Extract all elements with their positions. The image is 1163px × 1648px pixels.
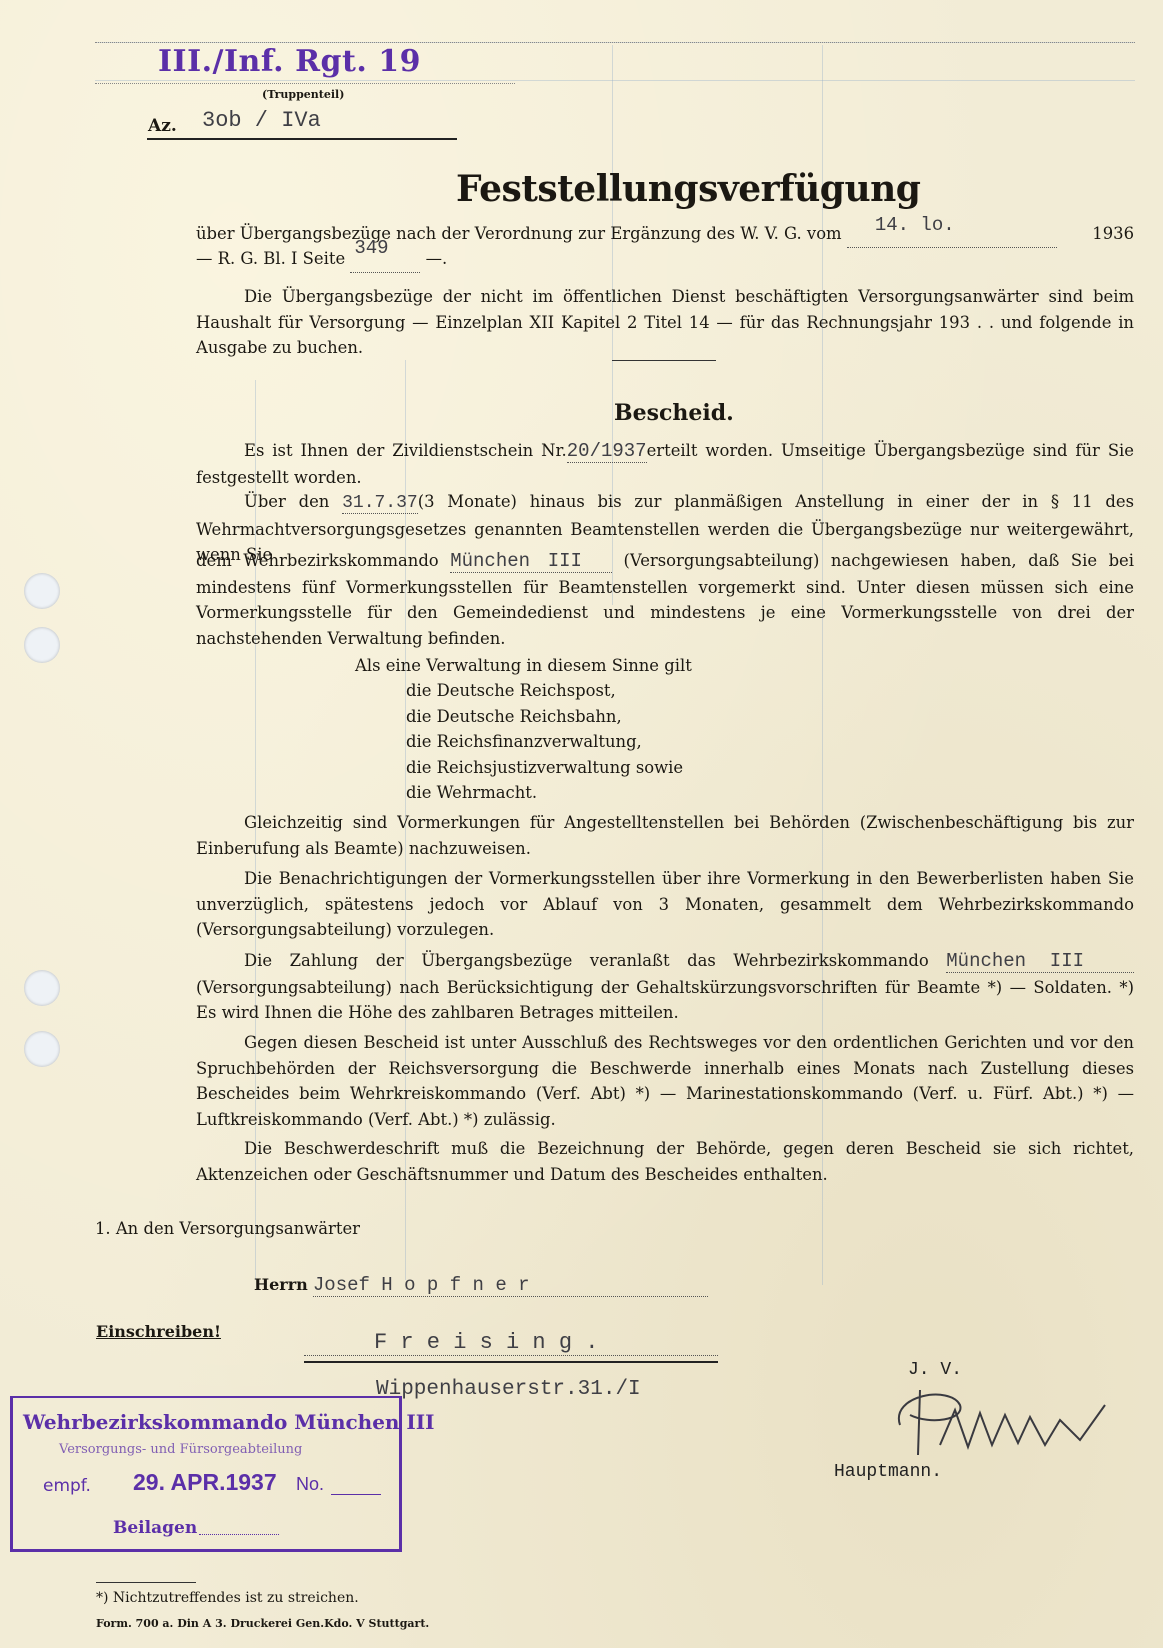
- bescheid-paragraph-1: Es ist Ihnen der Zivildienstschein Nr.20…: [196, 438, 1134, 490]
- handwritten-signature: [880, 1385, 1120, 1460]
- bescheid-paragraph-5: Die Benachrichtigungen der Vormerkungsst…: [196, 866, 1134, 943]
- stamp-number-field: [331, 1494, 381, 1495]
- punch-hole-4: [24, 1031, 60, 1067]
- footnote: *) Nichtzutreffendes ist zu streichen.: [96, 1590, 359, 1606]
- intro-line-1: über Übergangsbezüge nach der Verordnung…: [196, 221, 1134, 248]
- stamp-received-date: 29. APR.1937: [133, 1469, 277, 1496]
- recipient-name-line: Herrn Josef H o p f n e r: [254, 1274, 714, 1297]
- recipient-street: Wippenhauserstr.31./I: [376, 1378, 641, 1401]
- paying-office-value: München III: [946, 950, 1134, 973]
- intro-line-2: — R. G. Bl. I Seite 349 —.: [196, 246, 447, 273]
- stamp-attachments-field: [199, 1534, 279, 1535]
- salutation: Herrn: [254, 1275, 308, 1294]
- unit-rule: [95, 83, 515, 84]
- p1-text: Es ist Ihnen der Zivildienstschein Nr.: [244, 441, 567, 460]
- show-through-line: [95, 80, 1135, 81]
- az-value: 3ob / IVa: [202, 108, 321, 133]
- bescheid-paragraph-6: Die Zahlung der Übergangsbezüge veranlaß…: [196, 948, 1134, 1026]
- on-behalf-label: J. V.: [908, 1360, 962, 1380]
- bescheid-paragraph-4: Gleichzeitig sind Vormerkungen für Anges…: [196, 810, 1134, 861]
- district-command-value: München III: [450, 550, 612, 573]
- administration-list: die Deutsche Reichspost, die Deutsche Re…: [406, 678, 683, 806]
- az-label: Az.: [148, 116, 177, 136]
- stamp-department: Versorgungs- und Fürsorgeabteilung: [59, 1442, 302, 1457]
- signatory-rank: Hauptmann.: [834, 1462, 942, 1482]
- p6-text: Die Zahlung der Übergangsbezüge veranlaß…: [244, 951, 929, 970]
- gazette-ref: — R. G. Bl. I Seite: [196, 249, 345, 268]
- p2-text: Über den: [244, 492, 329, 511]
- bescheid-paragraph-8: Die Beschwerdeschrift muß die Bezeichnun…: [196, 1136, 1134, 1187]
- p6-rest: (Versorgungsabteilung) nach Berücksichti…: [196, 978, 1134, 1023]
- punch-hole-1: [24, 573, 60, 609]
- gazette-suffix: —.: [426, 249, 448, 268]
- header-rule-top: [95, 42, 1135, 43]
- gazette-page-value: 349: [354, 236, 388, 262]
- civil-service-cert-number: 20/1937: [567, 440, 647, 463]
- bescheid-paragraph-3: dem Wehrbezirkskommando München III (Ver…: [196, 548, 1134, 651]
- bescheid-paragraph-7: Gegen diesen Bescheid ist unter Ausschlu…: [196, 1030, 1134, 1132]
- stamp-office: Wehrbezirkskommando München III: [23, 1410, 435, 1434]
- bescheid-heading: Bescheid.: [614, 400, 734, 426]
- stamp-number-label: No.: [296, 1474, 324, 1495]
- unit-stamp: III./Inf. Rgt. 19: [158, 44, 421, 79]
- form-info: Form. 700 a. Din A 3. Druckerei Gen.Kdo.…: [96, 1617, 429, 1630]
- budget-paragraph: Die Übergangsbezüge der nicht im öffentl…: [196, 284, 1134, 361]
- recipient-city: F r e i s i n g .: [374, 1330, 598, 1355]
- list-intro: Als eine Verwaltung in diesem Sinne gilt: [355, 653, 692, 679]
- list-item: die Reichsjustizverwaltung sowie: [406, 755, 683, 781]
- end-date-value: 31.7.37: [342, 493, 418, 514]
- unit-caption: (Truppenteil): [262, 88, 344, 101]
- footnote-rule: [96, 1582, 196, 1583]
- list-item: die Reichsfinanzverwaltung,: [406, 729, 683, 755]
- gazette-page-field: 349: [350, 246, 420, 273]
- list-item: die Deutsche Reichspost,: [406, 678, 683, 704]
- decree-date-field: 14. lo.: [847, 221, 1057, 248]
- section-divider: [612, 360, 716, 361]
- stamp-received-label: empf.: [43, 1476, 91, 1496]
- punch-hole-3: [24, 970, 60, 1006]
- intro-text: über Übergangsbezüge nach der Verordnung…: [196, 224, 842, 243]
- decree-date-value: 14. lo.: [875, 213, 955, 239]
- registered-mail-label: Einschreiben!: [96, 1322, 221, 1341]
- punch-hole-2: [24, 627, 60, 663]
- list-item: die Deutsche Reichsbahn,: [406, 704, 683, 730]
- receipt-stamp: Wehrbezirkskommando München III Versorgu…: [10, 1396, 402, 1552]
- p3-text: dem Wehrbezirkskommando: [196, 551, 439, 570]
- list-item: die Wehrmacht.: [406, 780, 683, 806]
- city-dotted-rule: [304, 1355, 718, 1356]
- document-title: Feststellungsverfügung: [456, 168, 920, 210]
- recipient-name: Josef H o p f n e r: [313, 1274, 708, 1297]
- city-underline: [304, 1361, 718, 1363]
- decree-year: 1936: [1092, 221, 1134, 247]
- az-underline: [147, 138, 457, 140]
- recipient-label: 1. An den Versorgungsanwärter: [95, 1216, 360, 1242]
- stamp-attachments-label: Beilagen: [113, 1518, 197, 1538]
